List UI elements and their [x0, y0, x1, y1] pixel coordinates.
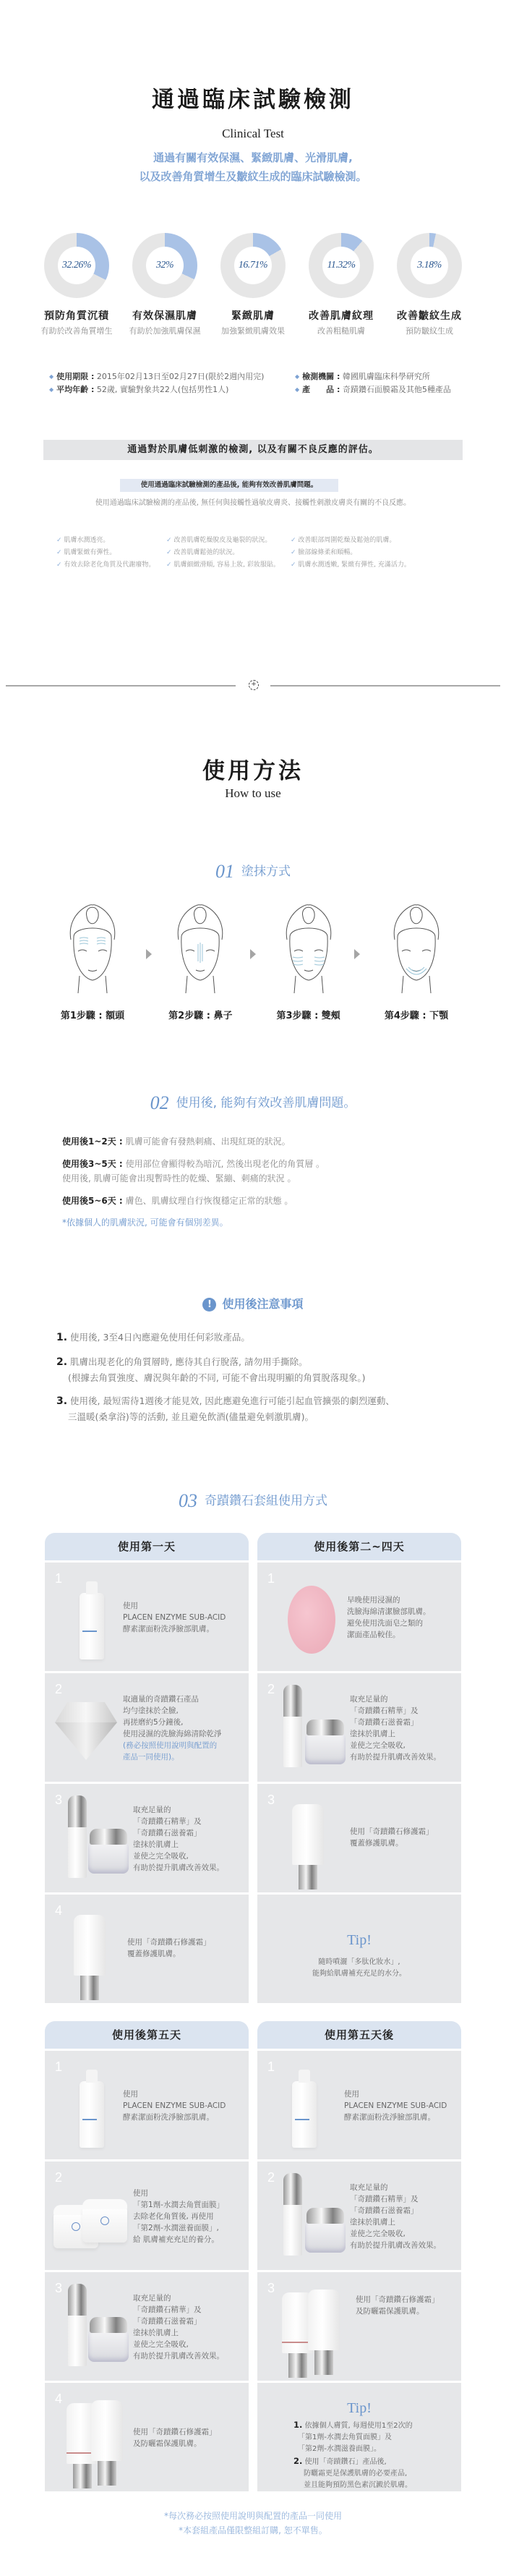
intro-line: 通過有關有效保濕、緊緻肌膚、光滑肌膚, [0, 148, 506, 167]
irritation-band: 通過對於肌膚低刺激的檢測, 以及有關不良反應的評估。 [43, 440, 463, 460]
howto-subtitle: How to use [0, 786, 506, 801]
kit-step-card: 3 使用「奇蹟鑽石修護霜」及防曬霜保護肌膚。 [257, 2272, 461, 2381]
result-item: 16.71% 緊緻肌膚 加強緊緻肌膚效果 [215, 233, 291, 336]
donut-chart: 32% [132, 233, 197, 298]
caution-item-3: 3. 使用後, 最短需待1週後才能見效, 因此應避免進行可能引起血管擴張的劇烈運… [56, 1393, 476, 1425]
check-item: 肌膚緊緻有彈性。 [56, 547, 166, 556]
kit-step-card: 4 使用「奇蹟鑽石修護霜」覆蓋修護肌膚。 [45, 1895, 249, 2003]
clinical-title: 通過臨床試驗檢測 [0, 81, 506, 114]
caution-heading: !使用後注意事項 [0, 1295, 506, 1312]
result-sub: 預防皺紋生成 [392, 325, 467, 336]
result-item: 32% 有效保濕肌膚 有助於加強肌膚保濕 [127, 233, 202, 336]
kit-column-header: 使用後第五天 [45, 2021, 249, 2049]
check-item: 有效去除老化角質及代謝廢物。 [56, 559, 166, 569]
donut-chart: 3.18% [397, 233, 462, 298]
kit-step-card: 3 使用「奇蹟鑽石修護霜」覆蓋修護肌膚。 [257, 1784, 461, 1892]
kit-step-card: 2 取充足量的「奇蹟鑽石精華」及「奇蹟鑽石滋養霜」塗抹於肌膚上並使之完全吸收,有… [257, 1673, 461, 1782]
meta-institute: ◆檢測機關 : 韓國肌膚臨床科學研究所 [295, 370, 468, 383]
repair-cream-tube-image [292, 1804, 324, 1865]
result-sub: 加強緊緻肌膚效果 [215, 325, 291, 336]
meta-period: ◆使用期限 : 2015年02月13日至02月27日(限於2週內用完) [49, 370, 295, 383]
kit-step-card: 1 使用PLACEN ENZYME SUB-ACID酵素潔面粉洗淨臉部肌膚。 [257, 2051, 461, 2159]
step-item: 第3步驟 : 雙頰 [275, 901, 342, 1021]
result-sub: 有助於加強肌膚保濕 [127, 325, 202, 336]
section-03-heading: 03奇蹟鑽石套組使用方式 [0, 1490, 506, 1512]
result-value: 11.32% [309, 233, 374, 298]
result-label: 緊緻肌膚 [215, 308, 291, 323]
application-steps: 第1步驟 : 額頭 第2步驟 : 鼻子 [59, 901, 450, 1021]
serum-image [68, 2316, 87, 2366]
kit-step-card: 1 早晚使用浸濕的洗臉海綿清潔臉部肌膚。避免使用洗面皂之類的潔面產品較佳。 [257, 1563, 461, 1671]
step-label: 第3步驟 : 雙頰 [268, 1008, 349, 1021]
cream-jar-image [305, 1733, 346, 1764]
repair-cream-tube-image [74, 1915, 106, 1976]
donut-chart: 16.71% [220, 233, 286, 298]
result-value: 3.18% [397, 233, 462, 298]
bullet-icon: ◆ [49, 386, 53, 393]
section-title: 塗抹方式 [241, 864, 291, 879]
cream-jar-image [88, 2330, 129, 2362]
serum-image [283, 1717, 302, 1767]
divider-line [270, 685, 500, 686]
result-sub: 有助於改善角質增生 [39, 325, 114, 336]
meta-age: ◆平均年齡 : 52歲, 實驗對象共22人(包括男性1人) [49, 383, 295, 396]
face-nose-illustration [167, 901, 233, 995]
benefit-checklist: 肌膚水潤透亮。 改善肌膚乾燥脫皮及龜裂的狀況。 改善眼部周圍乾燥及鬆弛的肌膚。 … [56, 535, 461, 569]
after-note: *依據個人的肌膚狀況, 可能會有個別差異。 [62, 1216, 228, 1228]
arrow-right-icon [146, 949, 152, 959]
clinical-intro: 通過有關有效保濕、緊緻肌膚、光滑肌膚, 以及改善角質增生及皺紋生成的臨床試驗檢測… [0, 148, 506, 186]
section-number: 02 [150, 1092, 169, 1113]
after-day-5-6: 使用後5~6天 : 膚色、肌膚紋理自行恢復穩定正常的狀態 。 [62, 1194, 467, 1207]
check-item: 肌膚水潤透嫩, 緊緻有彈性, 充滿活力。 [291, 559, 435, 569]
face-forehead-illustration [59, 901, 126, 995]
arrow-right-icon [250, 949, 256, 959]
kit-step-card: 1 使用PLACEN ENZYME SUB-ACID酵素潔面粉洗淨臉部肌膚。 [45, 2051, 249, 2159]
kit-tip-card: Tip! 1. 依據個人膚質, 每週使用1至2次的 「第1劑-水潤去角質面膜」及… [257, 2383, 461, 2491]
kit-column-header: 使用後第二~四天 [257, 1533, 461, 1560]
kit-step-card: 4 使用「奇蹟鑽石修護霜」及防曬霜保護肌膚。 [45, 2383, 249, 2491]
plus-circle-icon: + [249, 680, 259, 690]
serum-image [68, 1827, 87, 1878]
step-label: 第4步驟 : 下顎 [376, 1008, 457, 1021]
tip-title: Tip! [257, 2400, 461, 2417]
section-title: 使用後, 能夠有效改善肌膚問題。 [176, 1096, 356, 1110]
kit-step-card: 3 取充足量的「奇蹟鑽石精華」及「奇蹟鑽石滋養霜」塗抹於肌膚上並使之完全吸收,有… [45, 2272, 249, 2381]
section-02-heading: 02使用後, 能夠有效改善肌膚問題。 [0, 1092, 506, 1114]
bullet-icon: ◆ [295, 373, 299, 380]
intro-line: 以及改善角質增生及皺紋生成的臨床試驗檢測。 [0, 167, 506, 186]
donut-chart: 11.32% [309, 233, 374, 298]
after-day-3-5-cont: 使用後, 肌膚可能會出現暫時性的乾燥、緊繃、刺痛的狀況 。 [62, 1172, 467, 1184]
donut-chart: 32.26% [44, 233, 109, 298]
check-item: 臉部線條柔和順暢。 [291, 547, 435, 556]
check-item: 改善眼部周圍乾燥及鬆弛的肌膚。 [291, 535, 435, 544]
exclamation-icon: ! [202, 1298, 216, 1312]
kit-column-day2-4: 使用後第二~四天 1 早晚使用浸濕的洗臉海綿清潔臉部肌膚。避免使用洗面皂之類的潔… [257, 1533, 461, 2005]
result-sub: 改善粗糙肌膚 [304, 325, 379, 336]
kit-step-card: 2 使用「第1劑-水潤去角質面膜」去除老化角質後, 再使用「第2劑-水潤滋養面膜… [45, 2161, 249, 2270]
section-divider: + [6, 685, 500, 686]
divider-line [6, 685, 236, 686]
result-label: 預防角質沉積 [39, 308, 114, 323]
meta-product: ◆產 品 : 奇蹟鑽石面膜霜及其他5種產品 [295, 383, 468, 396]
result-label: 改善皺紋生成 [392, 308, 467, 323]
footnotes: *每次務必按照使用說明與配置的產品一同使用 *本套組產品僅限整組訂購, 恕不單售… [0, 2509, 506, 2538]
kit-step-card: 1 使用PLACEN ENZYME SUB-ACID酵素潔面粉洗淨臉部肌膚。 [45, 1563, 249, 1671]
kit-step-card: 2 取充足量的「奇蹟鑽石精華」及「奇蹟鑽石滋養霜」塗抹於肌膚上並使之完全吸收,有… [257, 2161, 461, 2270]
step-label: 第1步驟 : 額頭 [52, 1008, 133, 1021]
kit-column-header: 使用第五天後 [257, 2021, 461, 2049]
footnote-line: *每次務必按照使用說明與配置的產品一同使用 [0, 2509, 506, 2523]
step-item: 第4步驟 : 下顎 [383, 901, 450, 1021]
enzyme-bottle-image [292, 2081, 317, 2148]
section-01-heading: 01塗抹方式 [0, 861, 506, 883]
kit-tip-card: Tip! 隨時噴灑「多肽化妝水」,能夠給肌膚補充充足的水分。 [257, 1895, 461, 2003]
repair-cream-tube-image [91, 2400, 123, 2461]
check-item: 肌膚細緻滑順, 容易上妝, 彩妝服貼。 [166, 559, 291, 569]
kit-step-card: 2 取適量的奇蹟鑽石產品均勻塗抹於全臉,再搓磨約5分鐘後,使用浸濕的洗臉海綿清除… [45, 1673, 249, 1782]
howto-title: 使用方法 [0, 752, 506, 785]
result-item: 3.18% 改善皺紋生成 預防皺紋生成 [392, 233, 467, 336]
check-item: 改善肌膚鬆弛的狀況。 [166, 547, 291, 556]
after-day-3-5: 使用後3~5天 : 使用部位會顯得較為暗沉, 然後出現老化的角質層 。 [62, 1157, 467, 1170]
improve-band: 使用通過臨床試驗檢測的產品後, 能夠有效改善肌膚問題。 [120, 479, 338, 492]
result-value: 32% [132, 233, 197, 298]
caution-item-2: 2. 肌膚出現老化的角質層時, 應待其自行脫落, 請勿用手撕除。(根據去角質強度… [56, 1354, 476, 1386]
section-title: 奇蹟鑽石套組使用方式 [205, 1494, 327, 1508]
kit-column-day5: 使用後第五天 1 使用PLACEN ENZYME SUB-ACID酵素潔面粉洗淨… [45, 2021, 249, 2494]
result-item: 32.26% 預防角質沉積 有助於改善角質增生 [39, 233, 114, 336]
step-label: 第2步驟 : 鼻子 [160, 1008, 241, 1021]
improve-desc: 使用通過臨床試驗檢測的產品後, 無任何與接觸性過敏皮膚炎、接觸性刺激皮膚炎有關的… [43, 496, 463, 507]
kit-column-day1: 使用第一天 1 使用PLACEN ENZYME SUB-ACID酵素潔面粉洗淨臉… [45, 1533, 249, 2005]
result-label: 有效保濕肌膚 [127, 308, 202, 323]
face-chin-illustration [383, 901, 450, 995]
caution-item-1: 1. 使用後, 3至4日內應避免使用任何彩妝產品。 [56, 1330, 476, 1346]
mask-pot-2-image [82, 2206, 127, 2243]
arrow-right-icon [354, 949, 360, 959]
result-value: 32.26% [44, 233, 109, 298]
enzyme-bottle-image [80, 2081, 104, 2148]
kit-column-after-day5: 使用第五天後 1 使用PLACEN ENZYME SUB-ACID酵素潔面粉洗淨… [257, 2021, 461, 2494]
tip-title: Tip! [257, 1932, 461, 1949]
check-item: 肌膚水潤透亮。 [56, 535, 166, 544]
kit-grid-bottom: 使用後第五天 1 使用PLACEN ENZYME SUB-ACID酵素潔面粉洗淨… [45, 2021, 461, 2494]
test-meta: ◆使用期限 : 2015年02月13日至02月27日(限於2週內用完) ◆檢測機… [49, 370, 468, 396]
bullet-icon: ◆ [295, 386, 299, 393]
clinical-results: 32.26% 預防角質沉積 有助於改善角質增生 32% 有效保濕肌膚 有助於加強… [29, 233, 477, 336]
result-label: 改善肌膚紋理 [304, 308, 379, 323]
bullet-icon: ◆ [49, 373, 53, 380]
cream-jar-image [88, 1842, 129, 1874]
face-cheeks-illustration [275, 901, 342, 995]
kit-grid-top: 使用第一天 1 使用PLACEN ENZYME SUB-ACID酵素潔面粉洗淨臉… [45, 1533, 461, 2005]
result-item: 11.32% 改善肌膚紋理 改善粗糙肌膚 [304, 233, 379, 336]
result-value: 16.71% [220, 233, 286, 298]
section-number: 03 [179, 1490, 197, 1511]
step-item: 第2步驟 : 鼻子 [167, 901, 233, 1021]
section-number: 01 [215, 861, 234, 882]
step-item: 第1步驟 : 額頭 [59, 901, 126, 1021]
kit-column-header: 使用第一天 [45, 1533, 249, 1560]
footnote-line: *本套組產品僅限整組訂購, 恕不單售。 [0, 2523, 506, 2538]
enzyme-bottle-image [80, 1593, 104, 1659]
repair-cream-tube-image [308, 2290, 340, 2350]
check-item: 改善肌膚乾燥脫皮及龜裂的狀況。 [166, 535, 291, 544]
kit-step-card: 3 取充足量的「奇蹟鑽石精華」及「奇蹟鑽石滋養霜」塗抹於肌膚上並使之完全吸收,有… [45, 1784, 249, 1892]
sponge-image [288, 1586, 335, 1654]
cream-jar-image [305, 2221, 346, 2253]
serum-image [283, 2205, 302, 2256]
after-day-1-2: 使用後1~2天 : 肌膚可能會有發熱刺痛、出現紅斑的狀況。 [62, 1135, 467, 1147]
clinical-subtitle: Clinical Test [0, 127, 506, 141]
